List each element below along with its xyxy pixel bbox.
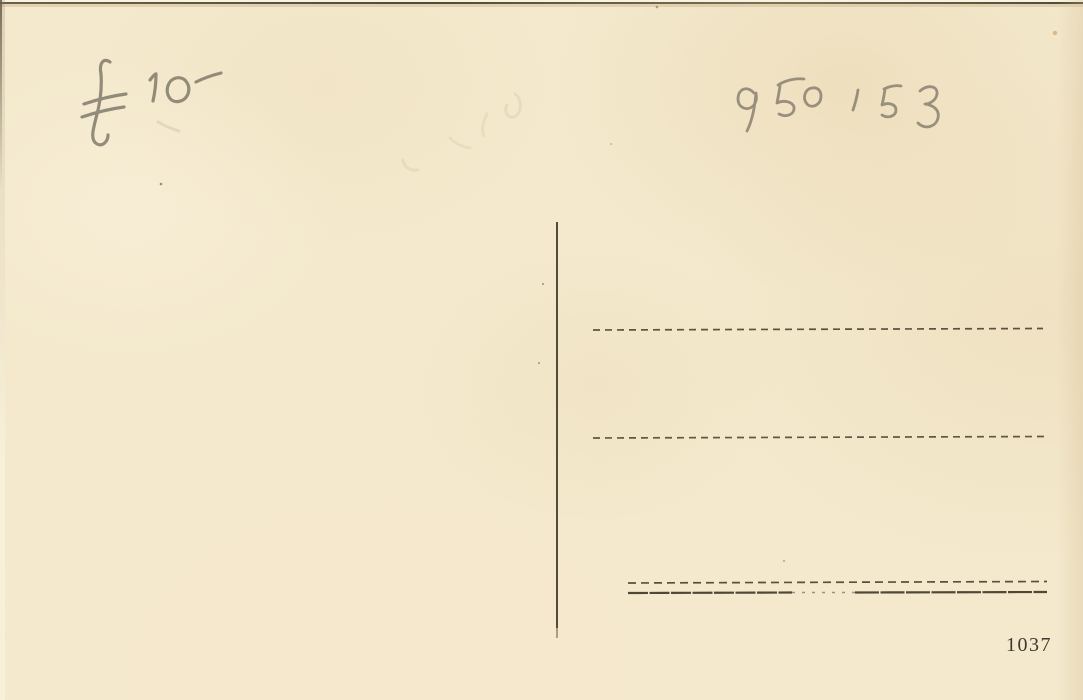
postcard-back: { "document_type": "postcard back (blank…	[0, 0, 1083, 700]
handwritten-serial	[738, 79, 938, 131]
erased-pencil-marks	[158, 94, 520, 170]
postcard-markings	[0, 0, 1083, 700]
handwritten-price	[82, 60, 221, 144]
address-lines	[593, 329, 1048, 594]
stock-number: 1037	[1006, 634, 1052, 656]
